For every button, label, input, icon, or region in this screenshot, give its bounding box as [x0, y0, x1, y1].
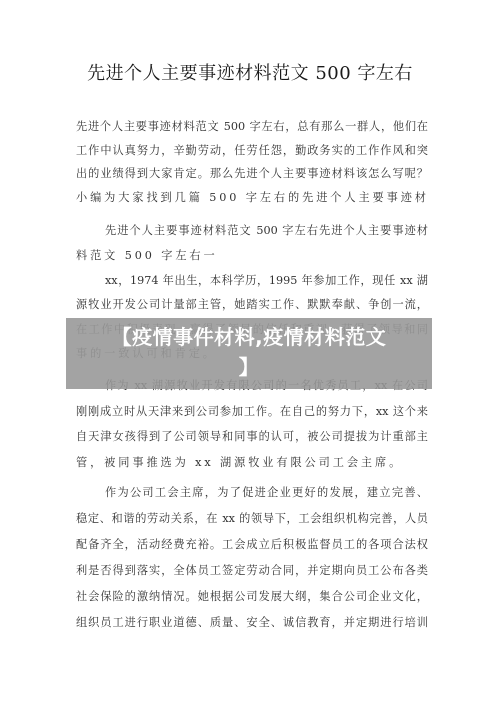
body-line: 社会保险的激纳情况。她根据公司发展大纲，集合公司企业文化， [76, 587, 428, 607]
body-line: 工作中认真努力，辛勤劳动，任劳任怨，勤政务实的工作作风和突 [76, 141, 428, 161]
body-line: 出的业绩得到大家肯定。那么先进个人主要事迹材料该怎么写呢？ [76, 164, 428, 184]
body-line: 料范文 500 字左右一 [76, 246, 428, 266]
body-line: 源牧业开发公司计量部主管，她踏实工作、默默奉献、争创一流， [76, 295, 428, 315]
title-overlay-banner: 【疫情事件材料,疫情材料范文 】 [66, 318, 432, 389]
body-line: 刚刚成立时从天津来到公司参加工作。在自己的努力下，xx 这个来 [76, 402, 428, 422]
body-line: 小编为大家找到几篇 500 字左右的先进个人主要事迹材料范文。 [76, 188, 428, 208]
body-line: 先进个人主要事迹材料范文 500 字左右，总有那么一群人，他们在 [76, 117, 428, 137]
overlay-title: 【疫情事件材料,疫情材料范文 】 [66, 322, 432, 382]
body-line: 先进个人主要事迹材料范文 500 字左右先进个人主要事迹材 [105, 221, 428, 241]
body-line: 管，被同事推选为 xx 湖源牧业有限公司工会主席。 [76, 453, 428, 473]
document-title: 先进个人主要事迹材料范文 500 字左右 [0, 62, 500, 86]
document-page: 先进个人主要事迹材料范文 500 字左右 先进个人主要事迹材料范文 500 字左… [0, 0, 500, 706]
body-line: 组织员工进行职业道德、质量、安全、诚信教育，并定期进行培训 [76, 613, 428, 633]
body-line: xx，1974 年出生，本科学历，1995 年参加工作，现任 xx 湖 [105, 271, 428, 291]
overlay-title-line-2: 】 [66, 352, 432, 382]
overlay-title-line-1: 【疫情事件材料,疫情材料范文 [66, 322, 432, 352]
body-line: 利是否得到落实，全体员工签定劳动合同，并定期向员工公布各类 [76, 561, 428, 581]
body-line: 稳定、和谐的劳动关系，在 xx 的领导下，工会组织机构完善，人员 [76, 509, 428, 529]
body-line: 作为公司工会主席，为了促进企业更好的发展，建立完善、 [105, 483, 428, 503]
body-line: 配备齐全，活动经费充裕。工会成立后积极监督员工的各项合法权 [76, 535, 428, 555]
body-line: 自天津女孩得到了公司领导和同事的认可，被公司提拔为计重部主 [76, 427, 428, 447]
